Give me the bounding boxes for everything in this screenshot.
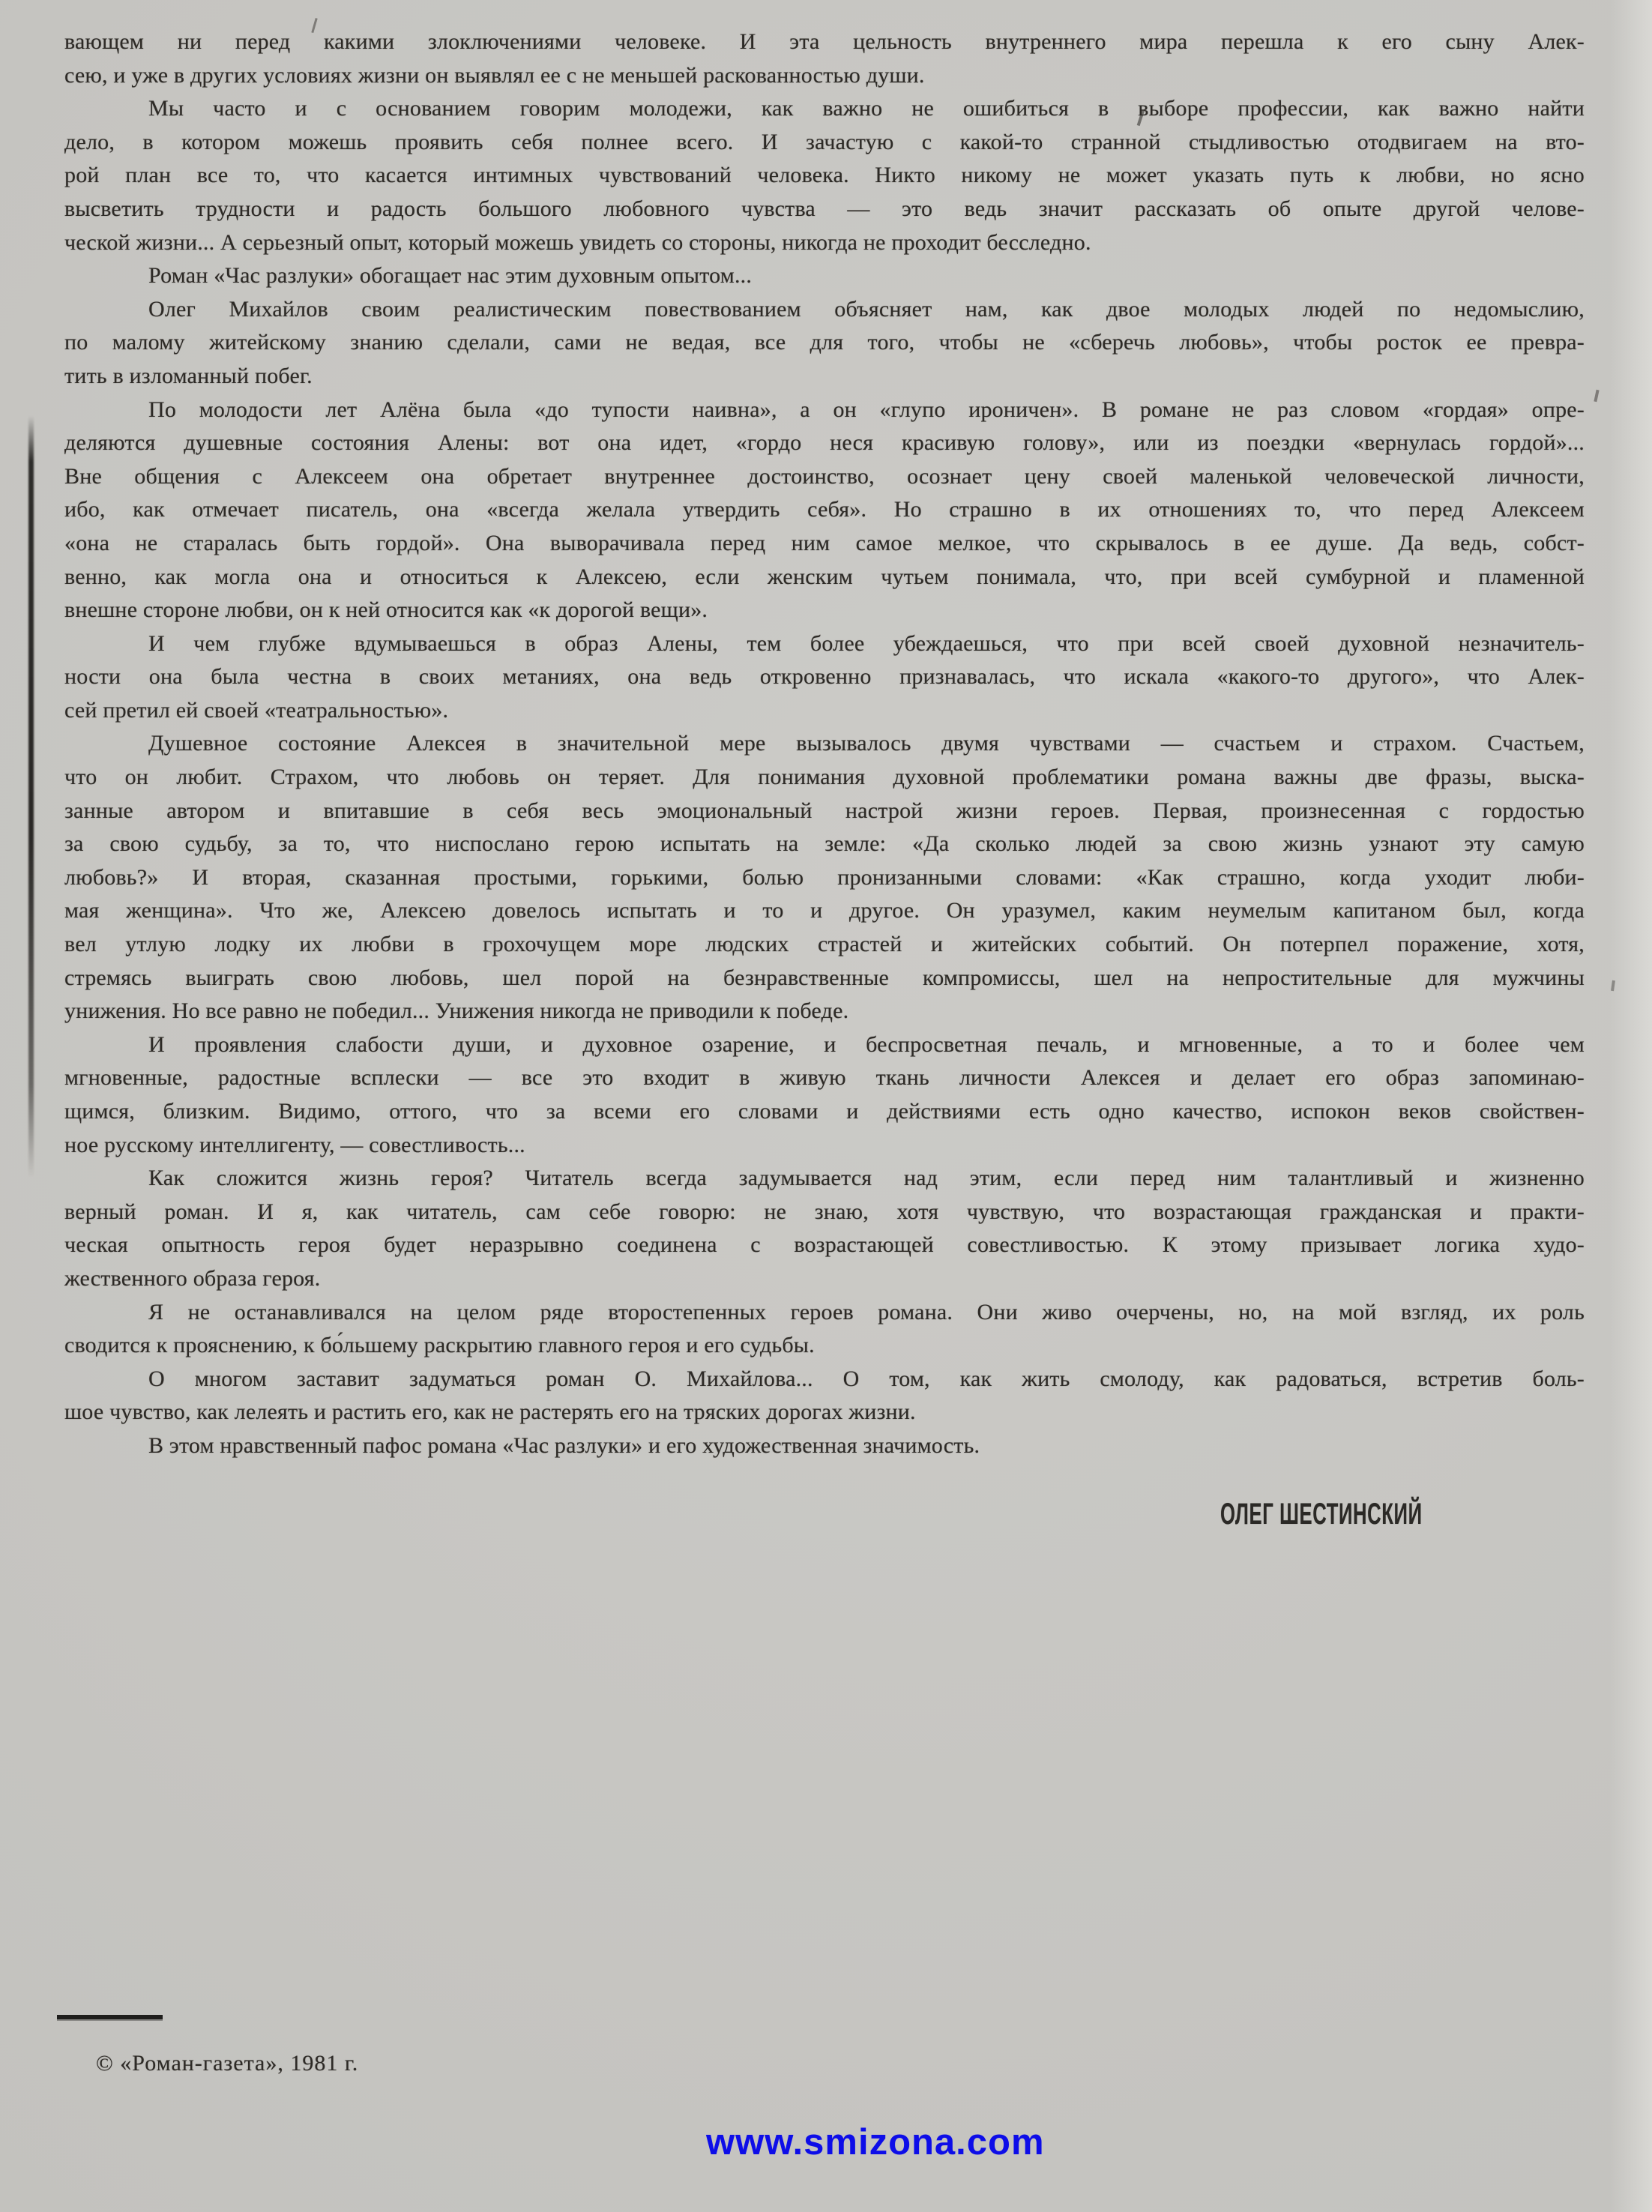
text-line: внешне стороне любви, он к ней относится… xyxy=(64,594,1585,627)
text-line: щимся, близким. Видимо, оттого, что за в… xyxy=(64,1095,1585,1129)
text-line: мая женщина». Что же, Алексею довелось и… xyxy=(64,894,1585,928)
paragraph: В этом нравственный пафос романа «Час ра… xyxy=(64,1429,1585,1463)
text-line: «она не старалась быть гордой». Она выво… xyxy=(64,527,1585,561)
text-line: И проявления слабости души, и духовное о… xyxy=(64,1028,1585,1062)
text-line: ное русскому интеллигенту, — совестливос… xyxy=(64,1129,1585,1163)
text-line: сводится к прояснению, к бо́льшему раскр… xyxy=(64,1329,1585,1363)
scan-streak xyxy=(28,416,34,1177)
footer-rule xyxy=(57,2015,163,2019)
paragraph: Я не останавливался на целом ряде второс… xyxy=(64,1296,1585,1363)
paper-right-edge xyxy=(1610,0,1652,2212)
text-line: Мы часто и с основанием говорим молодежи… xyxy=(64,92,1585,126)
text-line: деляются душевные состояния Алены: вот о… xyxy=(64,427,1585,460)
text-line: тить в изломанный побег. xyxy=(64,360,1585,394)
author-signature: ОЛЕГ ШЕСТИНСКИЙ xyxy=(1220,1498,1423,1531)
text-line: Олег Михайлов своим реалистическим повес… xyxy=(64,293,1585,327)
copyright-line: © «Роман-газета», 1981 г. xyxy=(96,2051,358,2076)
text-line: стремясь выиграть свою любовь, шел порой… xyxy=(64,962,1585,995)
text-line: Я не останавливался на целом ряде второс… xyxy=(64,1296,1585,1330)
text-line: ибо, как отмечает писатель, она «всегда … xyxy=(64,493,1585,527)
paragraph: Олег Михайлов своим реалистическим повес… xyxy=(64,293,1585,394)
text-line: ности она была честна в своих метаниях, … xyxy=(64,660,1585,694)
article-text: вающем ни перед какими злоключениями чел… xyxy=(64,25,1585,1463)
paragraph: Душевное состояние Алексея в значительно… xyxy=(64,727,1585,1028)
text-line: дело, в котором можешь проявить себя пол… xyxy=(64,126,1585,160)
text-line: что он любит. Страхом, что любовь он тер… xyxy=(64,761,1585,795)
text-line: по малому житейскому знанию сделали, сам… xyxy=(64,326,1585,360)
text-line: рой план все то, что касается интимных ч… xyxy=(64,159,1585,193)
text-line: унижения. Но все равно не победил... Уни… xyxy=(64,995,1585,1028)
text-line: вел утлую лодку их любви в грохочущем мо… xyxy=(64,928,1585,962)
text-line: жественного образа героя. xyxy=(64,1262,1585,1296)
text-line: венно, как могла она и относиться к Алек… xyxy=(64,561,1585,594)
text-line: В этом нравственный пафос романа «Час ра… xyxy=(64,1429,1585,1463)
text-line: ческая опытность героя будет неразрывно … xyxy=(64,1229,1585,1262)
paragraph: И чем глубже вдумываешься в образ Алены,… xyxy=(64,627,1585,728)
text-line: шое чувство, как лелеять и растить его, … xyxy=(64,1396,1585,1429)
paragraph: Роман «Час разлуки» обогащает нас этим д… xyxy=(64,259,1585,293)
text-line: сей претил ей своей «театральностью». xyxy=(64,694,1585,728)
scanned-page: { "page": { "paper_color": "#c8c7c3", "i… xyxy=(0,0,1652,2212)
text-line: Душевное состояние Алексея в значительно… xyxy=(64,727,1585,761)
watermark-url: www.smizona.com xyxy=(706,2121,1045,2163)
paragraph: вающем ни перед какими злоключениями чел… xyxy=(64,25,1585,92)
text-line: вающем ни перед какими злоключениями чел… xyxy=(64,25,1585,59)
text-line: за свою судьбу, за то, что ниспослано ге… xyxy=(64,828,1585,861)
text-line: О многом заставит задуматься роман О. Ми… xyxy=(64,1363,1585,1396)
text-line: И чем глубже вдумываешься в образ Алены,… xyxy=(64,627,1585,661)
text-line: верный роман. И я, как читатель, сам себ… xyxy=(64,1196,1585,1229)
scan-speck xyxy=(1594,390,1599,402)
text-line: По молодости лет Алёна была «до тупости … xyxy=(64,394,1585,427)
paragraph: О многом заставит задуматься роман О. Ми… xyxy=(64,1363,1585,1429)
text-line: ческой жизни... А серьезный опыт, которы… xyxy=(64,226,1585,260)
paragraph: Как сложится жизнь героя? Читатель всегд… xyxy=(64,1162,1585,1295)
paragraph: По молодости лет Алёна была «до тупости … xyxy=(64,394,1585,627)
text-line: занные автором и впитавшие в себя весь э… xyxy=(64,795,1585,828)
text-line: Роман «Час разлуки» обогащает нас этим д… xyxy=(64,259,1585,293)
text-line: Как сложится жизнь героя? Читатель всегд… xyxy=(64,1162,1585,1196)
paragraph: Мы часто и с основанием говорим молодежи… xyxy=(64,92,1585,259)
text-line: сею, и уже в других условиях жизни он вы… xyxy=(64,59,1585,93)
text-line: Вне общения с Алексеем она обретает внут… xyxy=(64,460,1585,494)
paragraph: И проявления слабости души, и духовное о… xyxy=(64,1028,1585,1162)
text-line: высветить трудности и радость большого л… xyxy=(64,193,1585,226)
text-line: мгновенные, радостные всплески — все это… xyxy=(64,1061,1585,1095)
text-line: любовь?» И вторая, сказанная простыми, г… xyxy=(64,861,1585,895)
